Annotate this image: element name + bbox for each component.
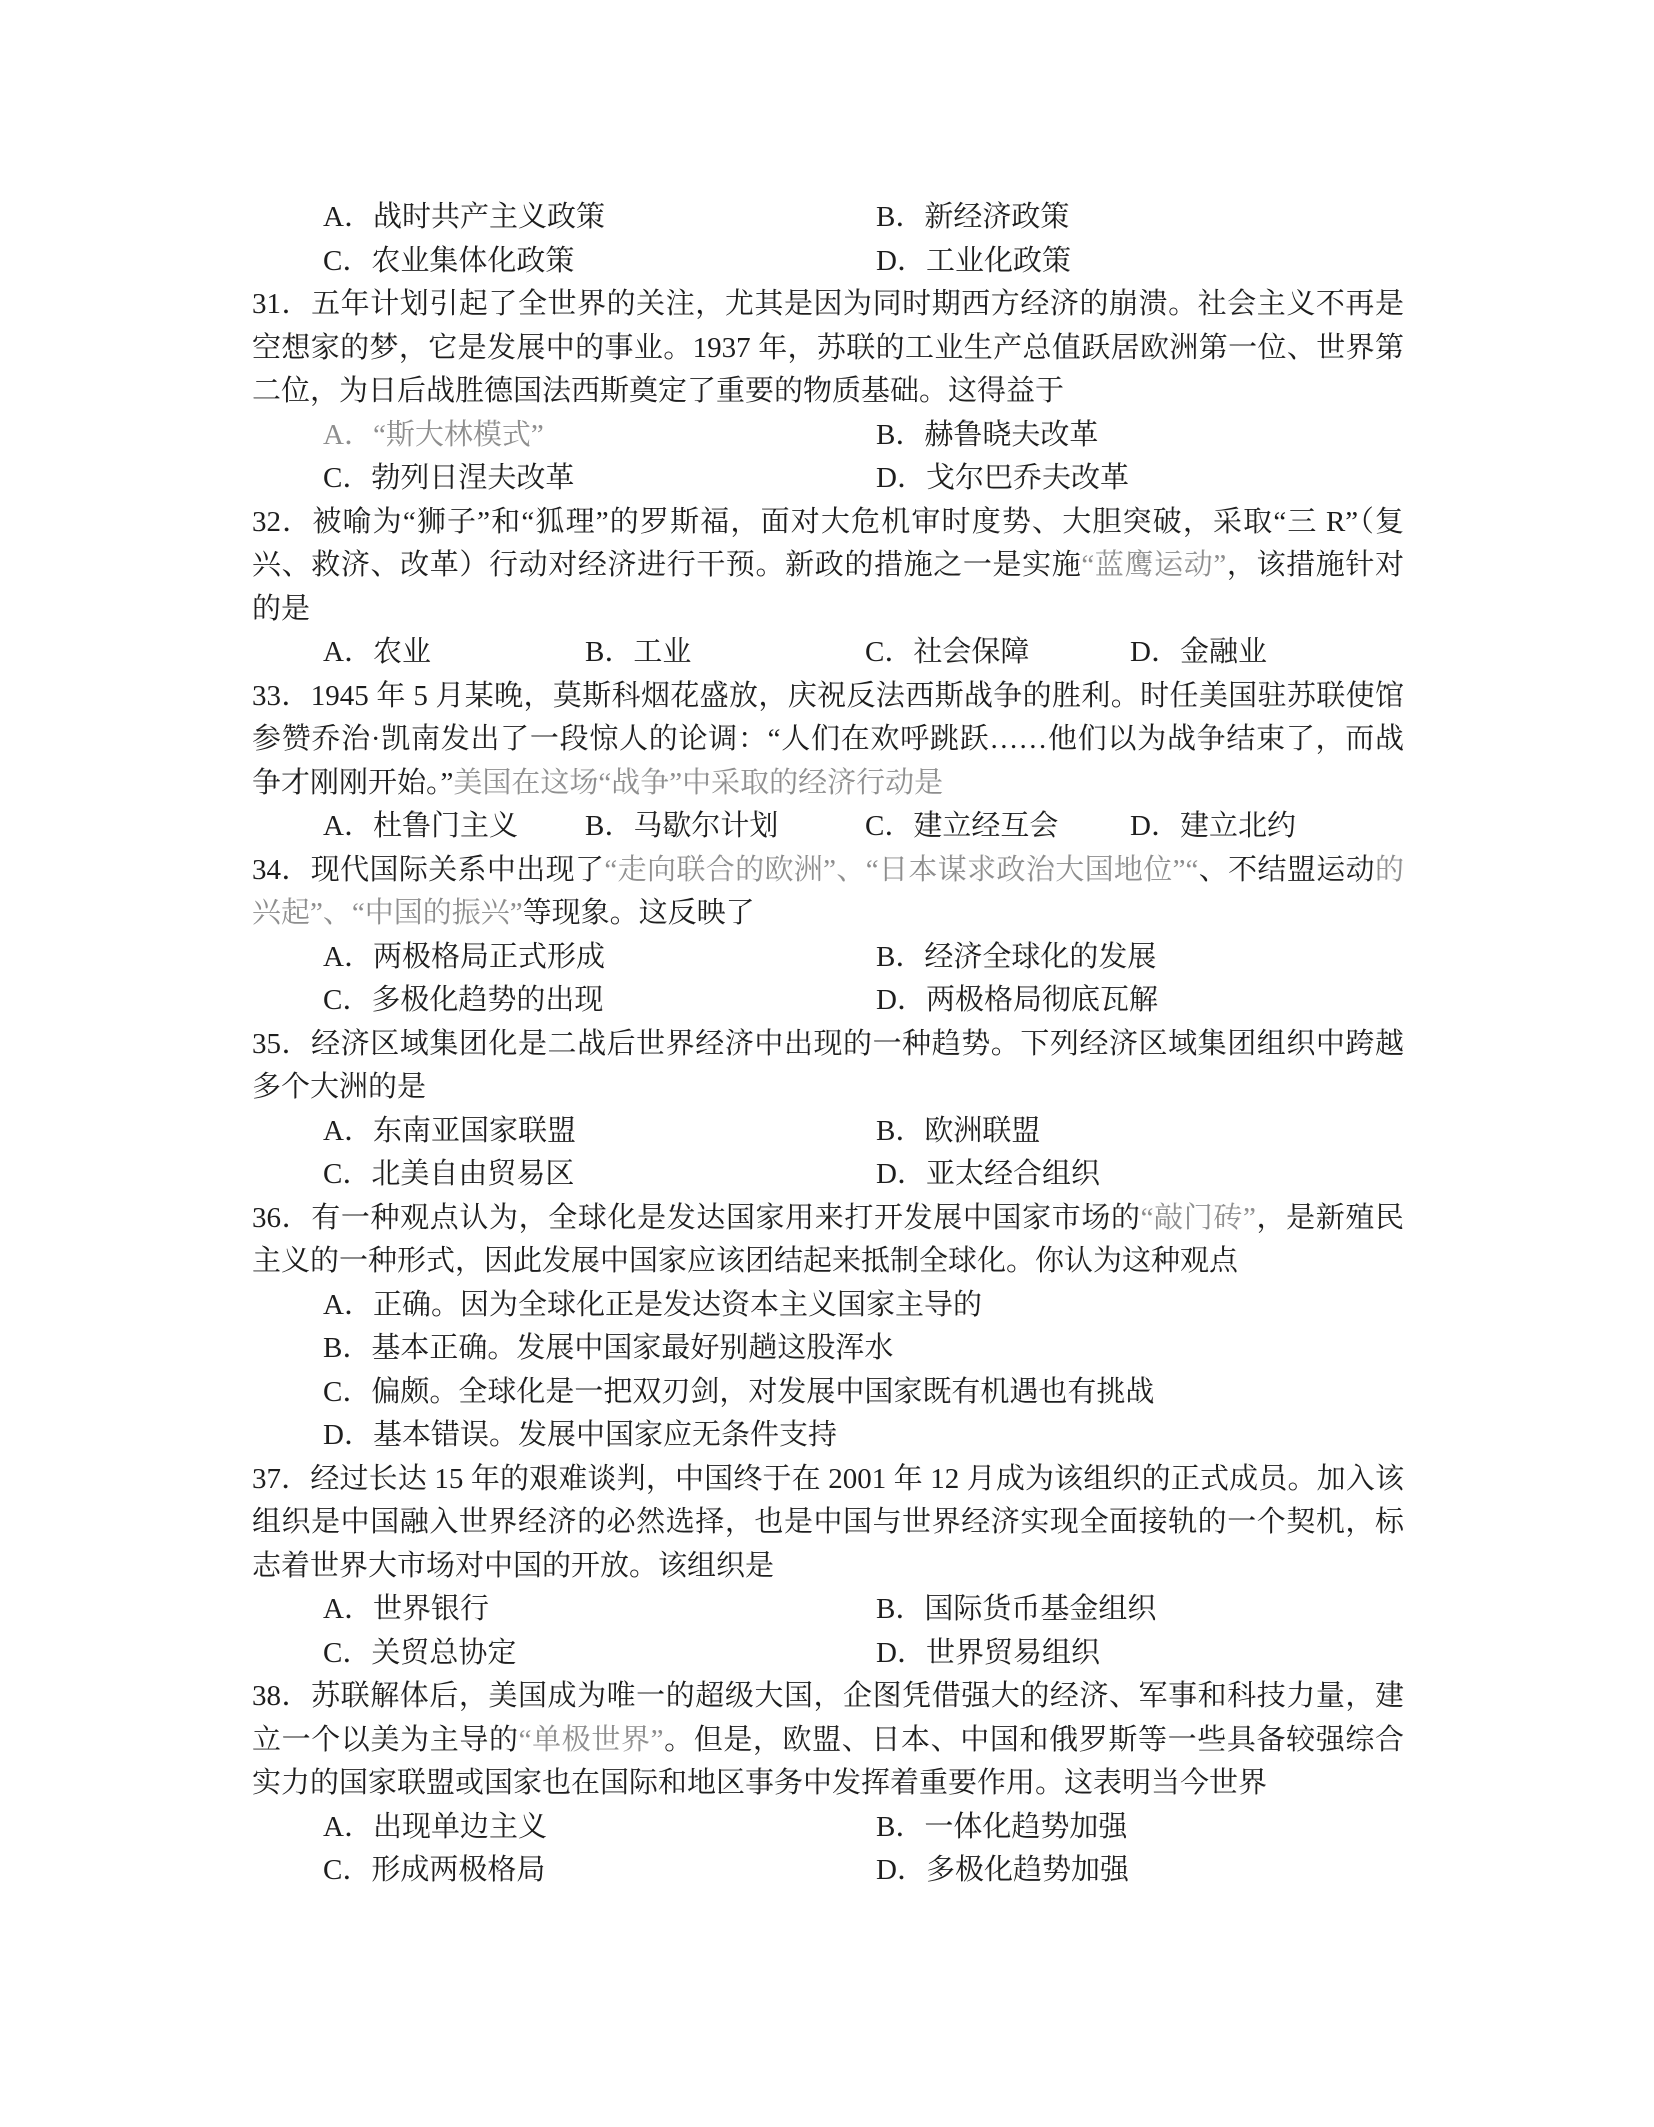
question-number: 35． (252, 1028, 311, 1060)
question-number: 38． (252, 1680, 311, 1712)
option-c: C．社会保障 (865, 631, 1130, 675)
question-text-segment: 经济区域集团化是二战后世界经济中出现的一种趋势。下列经济区域集团组织中跨越多个大… (252, 1028, 1404, 1104)
option-d: D．金融业 (1130, 631, 1267, 675)
question-33-options: A．杜鲁门主义B．马歇尔计划C．建立经互会D．建立北约 (252, 805, 1404, 849)
question-33: 33．1945 年 5 月某晚，莫斯科烟花盛放，庆祝反法西斯战争的胜利。时任美国… (252, 675, 1404, 849)
option-a: A．杜鲁门主义 (323, 805, 585, 849)
question-text-segment: “单极世界” (519, 1724, 664, 1756)
option-c: C．多极化趋势的出现 (323, 979, 876, 1023)
option-b: B．基本正确。发展中国家最好别趟这股浑水 (323, 1327, 893, 1371)
option-a: A．“斯大林模式” (323, 414, 876, 458)
option-c: C．农业集体化政策 (323, 240, 876, 284)
question-35-text: 35．经济区域集团化是二战后世界经济中出现的一种趋势。下列经济区域集团组织中跨越… (252, 1023, 1404, 1110)
option-d: D．多极化趋势加强 (876, 1849, 1129, 1893)
option-row: A．出现单边主义B．一体化趋势加强 (252, 1806, 1404, 1850)
option-row: A．东南亚国家联盟B．欧洲联盟 (252, 1110, 1404, 1154)
question-31-text: 31．五年计划引起了全世界的关注，尤其是因为同时期西方经济的崩溃。社会主义不再是… (252, 283, 1404, 414)
question-text-segment: “敲门砖” (1141, 1202, 1256, 1234)
option-d: D．工业化政策 (876, 240, 1071, 284)
option-row: D．基本错误。发展中国家应无条件支持 (252, 1414, 1404, 1458)
option-d: D．两极格局彻底瓦解 (876, 979, 1158, 1023)
question-33-text: 33．1945 年 5 月某晚，莫斯科烟花盛放，庆祝反法西斯战争的胜利。时任美国… (252, 675, 1404, 806)
option-row: A．“斯大林模式”B．赫鲁晓夫改革 (252, 414, 1404, 458)
option-row: A．两极格局正式形成B．经济全球化的发展 (252, 936, 1404, 980)
option-row: C．勃列日涅夫改革D．戈尔巴乔夫改革 (252, 457, 1404, 501)
option-d: D．亚太经合组织 (876, 1153, 1100, 1197)
question-text-segment: 等现象。这反映了 (523, 897, 755, 929)
question-34: 34．现代国际关系中出现了“走向联合的欧洲”、“日本谋求政治大国地位”“、不结盟… (252, 849, 1404, 1023)
option-row: A．杜鲁门主义B．马歇尔计划C．建立经互会D．建立北约 (252, 805, 1404, 849)
option-b: B．马歇尔计划 (585, 805, 865, 849)
question-37: 37．经过长达 15 年的艰难谈判，中国终于在 2001 年 12 月成为该组织… (252, 1458, 1404, 1676)
question-text-segment: 美国在这场“战争”中采取的经济行动是 (453, 767, 943, 799)
option-c: C．偏颇。全球化是一把双刃剑，对发展中国家既有机遇也有挑战 (323, 1371, 1154, 1415)
question-37-options: A．世界银行B．国际货币基金组织 C．关贸总协定D．世界贸易组织 (252, 1588, 1404, 1675)
option-row: C．多极化趋势的出现D．两极格局彻底瓦解 (252, 979, 1404, 1023)
question-text-segment: “走向联合的欧洲”、“日本谋求政治大国地位”“ (604, 854, 1198, 886)
option-c: C．形成两极格局 (323, 1849, 876, 1893)
option-b: B．工业 (585, 631, 865, 675)
option-c: C．建立经互会 (865, 805, 1130, 849)
option-b: B．欧洲联盟 (876, 1110, 1040, 1154)
option-a: A．战时共产主义政策 (323, 196, 876, 240)
option-row: A．正确。因为全球化正是发达资本主义国家主导的 (252, 1284, 1404, 1328)
option-row: C．北美自由贸易区D．亚太经合组织 (252, 1153, 1404, 1197)
option-d: D．世界贸易组织 (876, 1632, 1100, 1676)
question-38-text: 38．苏联解体后，美国成为唯一的超级大国，企图凭借强大的经济、军事和科技力量，建… (252, 1675, 1404, 1806)
question-30-options: A．战时共产主义政策B．新经济政策 C．农业集体化政策D．工业化政策 (252, 196, 1404, 283)
question-number: 31． (252, 288, 311, 320)
question-32-text: 32．被喻为“狮子”和“狐理”的罗斯福，面对大危机审时度势、大胆突破，采取“三 … (252, 501, 1404, 632)
option-row: A．战时共产主义政策B．新经济政策 (252, 196, 1404, 240)
question-text-segment: “蓝鹰运动” (1081, 549, 1226, 581)
option-b: B．经济全球化的发展 (876, 936, 1156, 980)
option-a: A．出现单边主义 (323, 1806, 876, 1850)
question-36-options: A．正确。因为全球化正是发达资本主义国家主导的 B．基本正确。发展中国家最好别趟… (252, 1284, 1404, 1458)
question-number: 34． (252, 854, 311, 886)
option-c: C．勃列日涅夫改革 (323, 457, 876, 501)
question-36-text: 36．有一种观点认为，全球化是发达国家用来打开发展中国家市场的“敲门砖”，是新殖… (252, 1197, 1404, 1284)
option-b: B．赫鲁晓夫改革 (876, 414, 1098, 458)
option-c: C．关贸总协定 (323, 1632, 876, 1676)
option-b: B．一体化趋势加强 (876, 1806, 1127, 1850)
question-text-segment: 现代国际关系中出现了 (311, 854, 605, 886)
question-34-text: 34．现代国际关系中出现了“走向联合的欧洲”、“日本谋求政治大国地位”“、不结盟… (252, 849, 1404, 936)
question-38: 38．苏联解体后，美国成为唯一的超级大国，企图凭借强大的经济、军事和科技力量，建… (252, 1675, 1404, 1893)
question-32-options: A．农业B．工业C．社会保障D．金融业 (252, 631, 1404, 675)
option-d: D．建立北约 (1130, 805, 1296, 849)
option-row: C．偏颇。全球化是一把双刃剑，对发展中国家既有机遇也有挑战 (252, 1371, 1404, 1415)
option-b: B．新经济政策 (876, 196, 1069, 240)
question-31-options: A．“斯大林模式”B．赫鲁晓夫改革 C．勃列日涅夫改革D．戈尔巴乔夫改革 (252, 414, 1404, 501)
question-37-text: 37．经过长达 15 年的艰难谈判，中国终于在 2001 年 12 月成为该组织… (252, 1458, 1404, 1589)
option-b: B．国际货币基金组织 (876, 1588, 1156, 1632)
question-34-options: A．两极格局正式形成B．经济全球化的发展 C．多极化趋势的出现D．两极格局彻底瓦… (252, 936, 1404, 1023)
question-number: 36． (252, 1202, 311, 1234)
option-row: A．农业B．工业C．社会保障D．金融业 (252, 631, 1404, 675)
option-a: A．农业 (323, 631, 585, 675)
option-d: D．戈尔巴乔夫改革 (876, 457, 1129, 501)
question-35-options: A．东南亚国家联盟B．欧洲联盟 C．北美自由贸易区D．亚太经合组织 (252, 1110, 1404, 1197)
question-number: 37． (252, 1463, 310, 1495)
option-c: C．北美自由贸易区 (323, 1153, 876, 1197)
question-35: 35．经济区域集团化是二战后世界经济中出现的一种趋势。下列经济区域集团组织中跨越… (252, 1023, 1404, 1197)
option-a: A．两极格局正式形成 (323, 936, 876, 980)
exam-page: A．战时共产主义政策B．新经济政策 C．农业集体化政策D．工业化政策 31．五年… (0, 0, 1404, 1893)
question-31: 31．五年计划引起了全世界的关注，尤其是因为同时期西方经济的崩溃。社会主义不再是… (252, 283, 1404, 501)
option-row: B．基本正确。发展中国家最好别趟这股浑水 (252, 1327, 1404, 1371)
question-text-segment: 五年计划引起了全世界的关注，尤其是因为同时期西方经济的崩溃。社会主义不再是空想家… (252, 288, 1404, 407)
question-32: 32．被喻为“狮子”和“狐理”的罗斯福，面对大危机审时度势、大胆突破，采取“三 … (252, 501, 1404, 675)
question-number: 32． (252, 506, 312, 538)
question-text-segment: 、不结盟运动 (1198, 854, 1375, 886)
option-row: C．关贸总协定D．世界贸易组织 (252, 1632, 1404, 1676)
option-row: A．世界银行B．国际货币基金组织 (252, 1588, 1404, 1632)
question-text-segment: 有一种观点认为，全球化是发达国家用来打开发展中国家市场的 (311, 1202, 1140, 1234)
option-a: A．东南亚国家联盟 (323, 1110, 876, 1154)
option-d: D．基本错误。发展中国家应无条件支持 (323, 1414, 837, 1458)
question-text-segment: 经过长达 15 年的艰难谈判，中国终于在 2001 年 12 月成为该组织的正式… (252, 1463, 1404, 1582)
option-row: C．农业集体化政策D．工业化政策 (252, 240, 1404, 284)
option-row: C．形成两极格局D．多极化趋势加强 (252, 1849, 1404, 1893)
question-36: 36．有一种观点认为，全球化是发达国家用来打开发展中国家市场的“敲门砖”，是新殖… (252, 1197, 1404, 1458)
question-38-options: A．出现单边主义B．一体化趋势加强 C．形成两极格局D．多极化趋势加强 (252, 1806, 1404, 1893)
option-a: A．正确。因为全球化正是发达资本主义国家主导的 (323, 1284, 982, 1328)
option-a: A．世界银行 (323, 1588, 876, 1632)
question-number: 33． (252, 680, 311, 712)
